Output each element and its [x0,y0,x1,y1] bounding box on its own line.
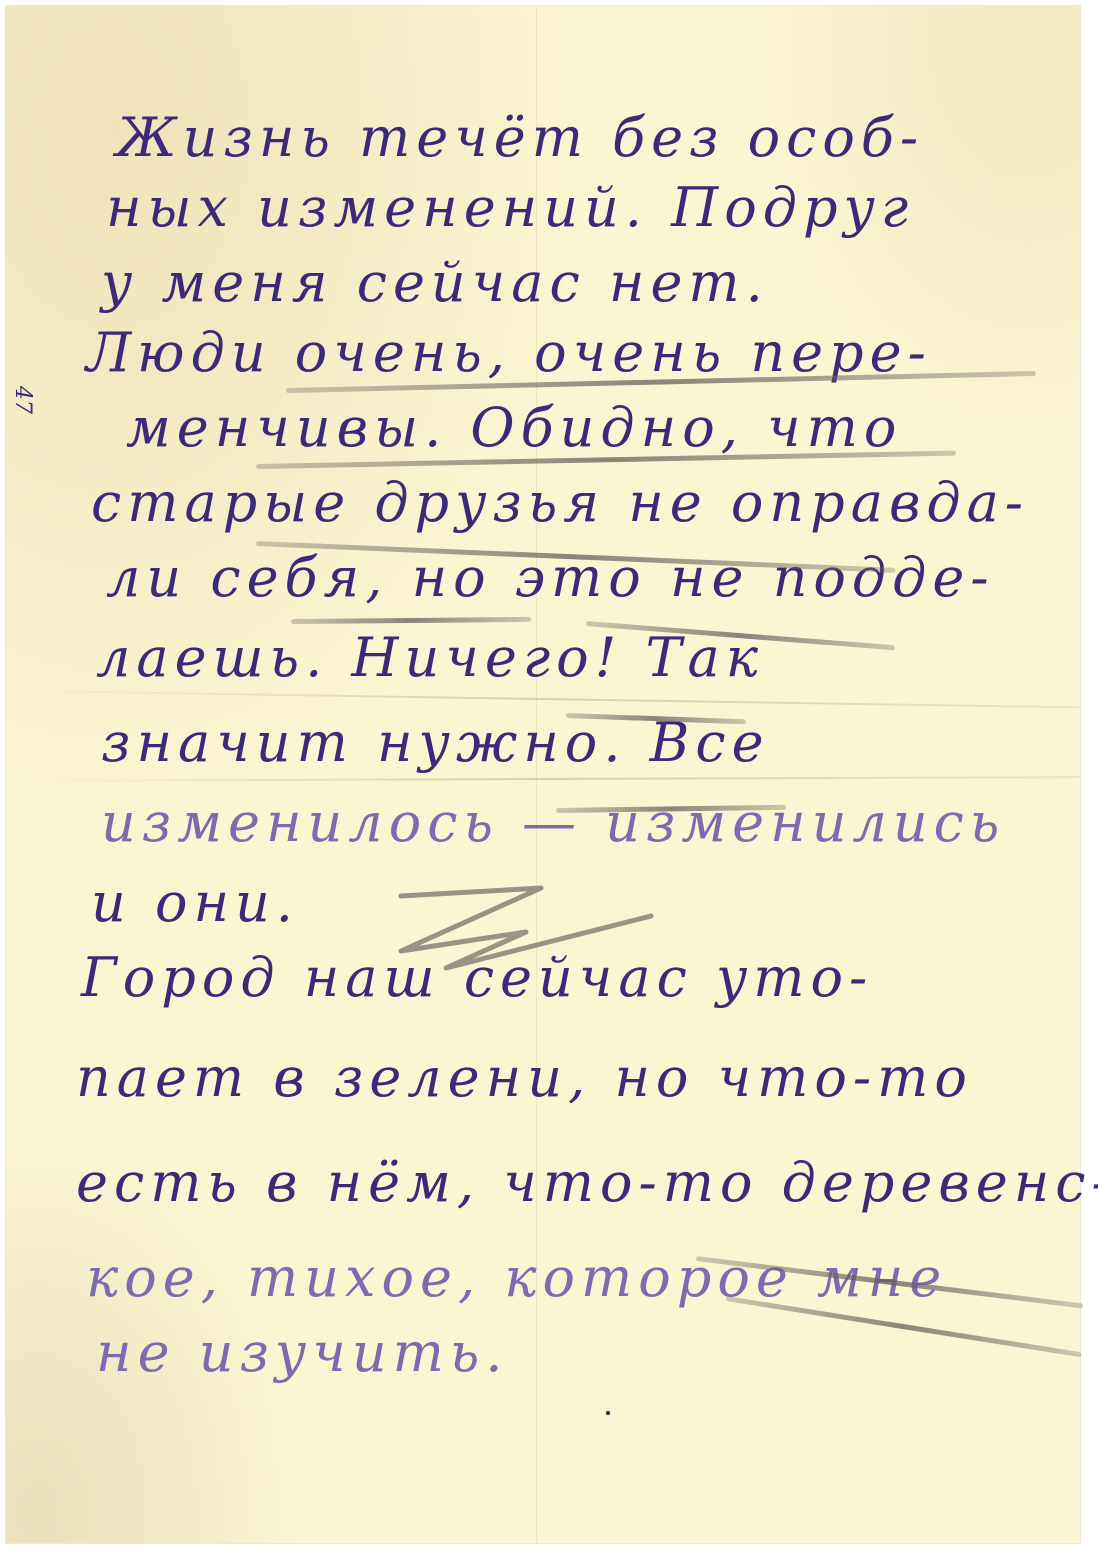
handwritten-line-10: изменилось — изменились [101,796,1005,850]
pencil-underline [291,617,531,624]
handwritten-line-11: и они. [91,876,299,930]
handwritten-line-1: Жизнь течёт без особ- [116,111,924,165]
handwritten-line-2: ных изменений. Подруг [106,181,914,235]
handwritten-line-4: Люди очень, очень пере- [86,326,932,380]
margin-page-number: 47 [10,386,35,414]
handwritten-line-16: не изучить. [96,1326,508,1380]
handwritten-line-15: кое, тихое, которое мне [86,1251,947,1305]
handwritten-line-9: значит нужно. Все [101,716,770,770]
handwritten-line-6: старые друзья не оправда- [91,476,1029,530]
letter-page: 47 Жизнь течёт без особ- ных изменений. … [6,6,1080,1543]
handwritten-line-13: пает в зелени, но что-то [76,1051,973,1105]
paper-fold-crease [6,776,1080,782]
paper-fold-crease [6,690,1080,709]
ink-dot [606,1411,610,1415]
handwritten-line-14: есть в нём, что-то деревенс- [76,1156,1098,1210]
handwritten-line-7: ли себя, но это не подде- [106,551,995,605]
handwritten-line-3: у меня сейчас нет. [101,256,769,310]
pencil-scribble-mark [391,876,671,976]
handwritten-line-8: лаешь. Ничего! Так [96,631,764,685]
handwritten-line-5: менчивы. Обидно, что [126,401,902,455]
